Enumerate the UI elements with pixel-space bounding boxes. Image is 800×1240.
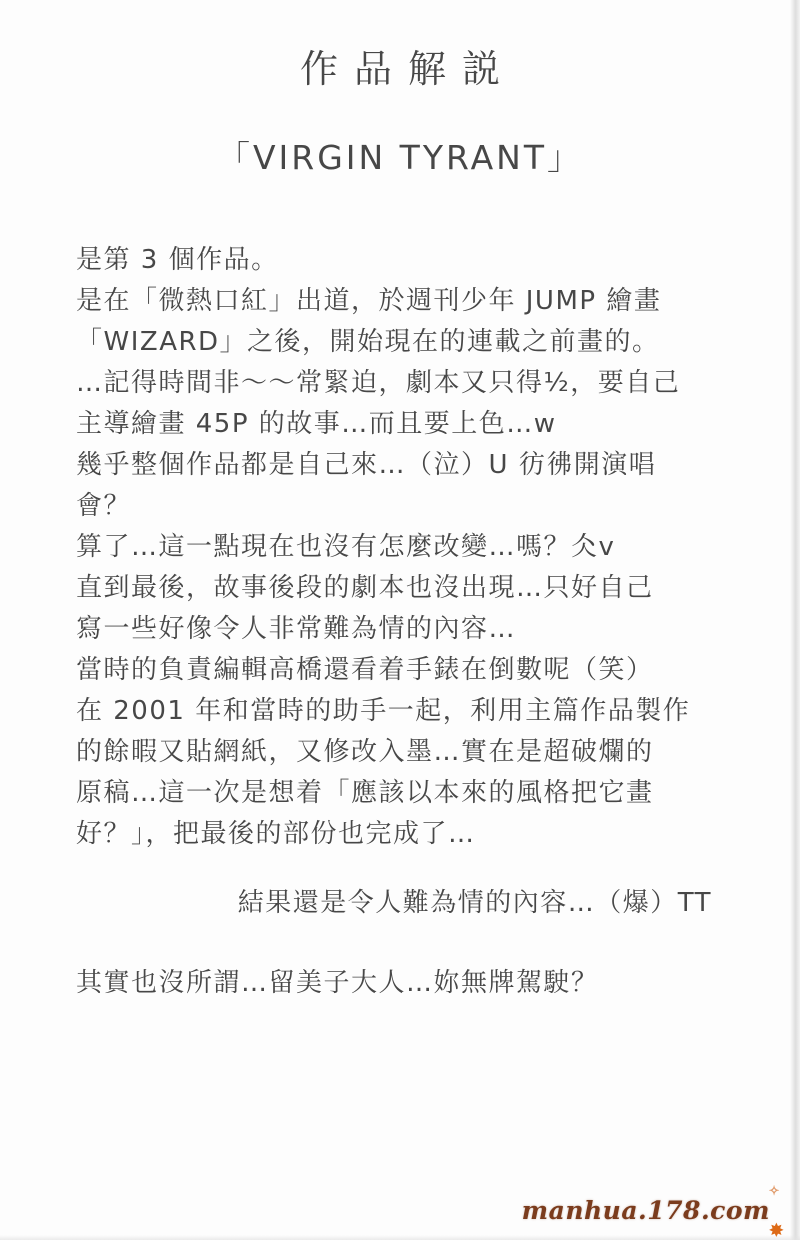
page-title: 作品解説: [0, 38, 800, 93]
text-line: 「WIZARD」之後，開始現在的連載之前畫的。: [76, 322, 730, 363]
text-line: 是第 3 個作品。: [76, 240, 730, 281]
star-icon: ✧: [769, 1184, 780, 1199]
flower-icon: ✸: [769, 1221, 784, 1240]
scan-edge-right: [790, 0, 800, 1240]
scan-edge-bottom: [0, 1235, 800, 1240]
text-line: 在 2001 年和當時的助手一起，利用主篇作品製作: [76, 691, 730, 732]
text-line: …記得時間非～～常緊迫，劇本又只得½，要自己: [76, 363, 730, 404]
text-line: 算了…這一點現在也沒有怎麼改變…嗎？仌v: [76, 527, 730, 568]
watermark-text: manhua.178.com: [522, 1196, 770, 1225]
watermark: manhua.178.com ✧ ✸: [522, 1196, 770, 1225]
manga-commentary-page: 作品解説 「VIRGIN TYRANT」 是第 3 個作品。 是在「微熱口紅」出…: [0, 0, 800, 1240]
text-line: 當時的負責編輯高橋還看着手錶在倒數呢（笑）: [76, 650, 730, 691]
result-line: 結果還是令人難為情的內容…（爆）TT: [76, 882, 712, 919]
text-line: 直到最後，故事後段的劇本也沒出現…只好自己: [76, 568, 730, 609]
text-line: 幾乎整個作品都是自己來…（泣）U 彷彿開演唱: [76, 445, 730, 486]
text-line: 主導繪畫 45P 的故事…而且要上色…w: [76, 404, 730, 445]
text-line: 的餘暇又貼網紙，又修改入墨…實在是超破爛的: [76, 732, 730, 773]
text-line: 會？: [76, 486, 730, 527]
text-line: 是在「微熱口紅」出道，於週刊少年 JUMP 繪畫: [76, 281, 730, 322]
text-line: 寫一些好像令人非常難為情的內容…: [76, 609, 730, 650]
commentary-body: 是第 3 個作品。 是在「微熱口紅」出道，於週刊少年 JUMP 繪畫 「WIZA…: [76, 240, 730, 855]
work-title: 「VIRGIN TYRANT」: [0, 132, 800, 179]
text-line: 原稿…這一次是想着「應該以本來的風格把它畫: [76, 773, 730, 814]
text-line: 好？」，把最後的部份也完成了…: [76, 814, 730, 855]
final-line: 其實也沒所謂…留美子大人…妳無牌駕駛？: [76, 962, 599, 999]
